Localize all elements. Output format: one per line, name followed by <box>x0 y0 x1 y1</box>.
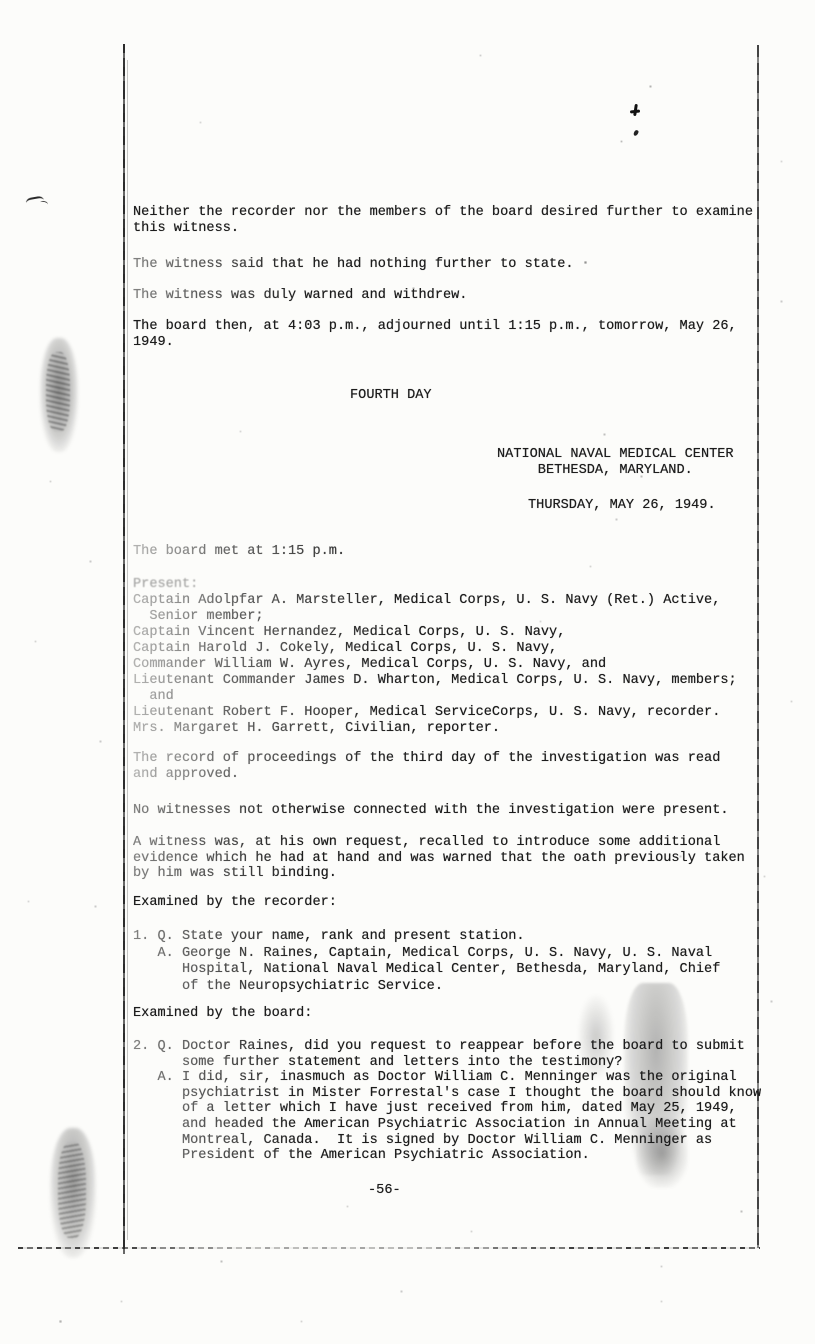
ink-dot <box>633 129 639 136</box>
ink-mark <box>629 104 643 122</box>
margin-smudge-lower <box>50 1128 96 1258</box>
photocopy-noise <box>0 0 1 1</box>
closing-paragraph-1: Neither the recorder nor the members of … <box>133 205 753 236</box>
qa-item-2: 2. Q. Doctor Raines, did you request to … <box>133 1039 761 1164</box>
fourth-day-heading: FOURTH DAY <box>350 388 432 404</box>
examined-by-board-label: Examined by the board: <box>133 1006 312 1022</box>
date-line: THURSDAY, MAY 26, 1949. <box>528 498 716 514</box>
qa-item-1: 1. Q. State your name, rank and present … <box>133 929 720 995</box>
session-opening-line: The board met at 1:15 p.m. <box>133 544 345 560</box>
closing-paragraph-2: The witness said that he had nothing fur… <box>133 257 574 273</box>
margin-smudge-upper-inner <box>46 352 70 432</box>
scan-bottom-edge-line <box>18 1247 760 1249</box>
scanned-transcript-page: Neither the recorder nor the members of … <box>0 0 815 1344</box>
margin-smudge-upper <box>40 338 78 452</box>
location-block: NATIONAL NAVAL MEDICAL CENTER BETHESDA, … <box>497 447 734 478</box>
page-number: -56- <box>368 1183 401 1199</box>
scan-left-edge-line-2 <box>127 60 128 1240</box>
present-label: Present: <box>133 577 198 593</box>
margin-smudge-lower-inner <box>58 1142 86 1238</box>
adjournment-paragraph: The board then, at 4:03 p.m., adjourned … <box>133 319 737 350</box>
closing-paragraph-3: The witness was duly warned and withdrew… <box>133 288 467 304</box>
examined-by-recorder-label: Examined by the recorder: <box>133 895 337 911</box>
no-witnesses-paragraph: No witnesses not otherwise connected wit… <box>133 803 729 819</box>
pen-squiggle <box>25 196 44 208</box>
record-paragraph: The record of proceedings of the third d… <box>133 751 720 782</box>
recall-paragraph: A witness was, at his own request, recal… <box>133 835 745 882</box>
pen-squiggle-2 <box>40 200 49 207</box>
scan-left-edge-line <box>123 44 125 1254</box>
attendees-list: Captain Adolpfar A. Marsteller, Medical … <box>133 593 737 737</box>
